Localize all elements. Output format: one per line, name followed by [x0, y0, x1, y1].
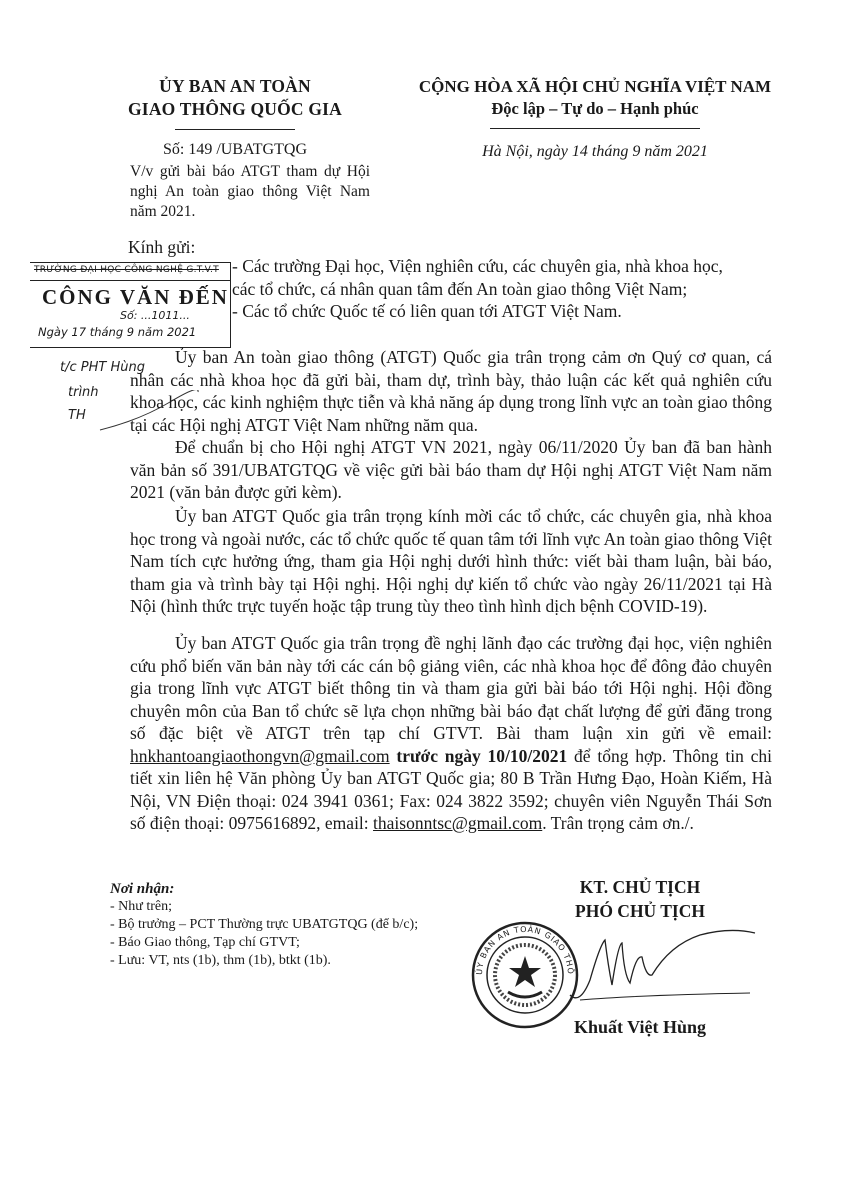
place-date: Hà Nội, ngày 14 tháng 9 năm 2021 [385, 143, 805, 161]
paragraph-1-text: Ủy ban An toàn giao thông (ATGT) Quốc gi… [130, 347, 772, 435]
header-divider [175, 129, 295, 130]
paragraph-2: Để chuẩn bị cho Hội nghị ATGT VN 2021, n… [130, 436, 772, 504]
distribution-item: - Bộ trưởng – PCT Thường trực UBATGTQG (… [110, 916, 418, 934]
closing-text: . Trân trọng cảm ơn./. [542, 813, 694, 833]
stamp-header: TRƯỜNG ĐẠI HỌC CÔNG NGHỆ G.T.V.T [34, 265, 219, 275]
distribution-item: - Báo Giao thông, Tạp chí GTVT; [110, 934, 418, 952]
paragraph-2-text: Để chuẩn bị cho Hội nghị ATGT VN 2021, n… [130, 437, 772, 502]
stamp-date: Ngày 17 tháng 9 năm 2021 [38, 325, 196, 339]
paragraph-4-text: Ủy ban ATGT Quốc gia trân trọng đề nghị … [130, 633, 772, 743]
signature-scribble-icon [560, 925, 760, 1015]
paragraph-3-text: Ủy ban ATGT Quốc gia trân trọng kính mời… [130, 506, 772, 616]
received-stamp: TRƯỜNG ĐẠI HỌC CÔNG NGHỆ G.T.V.T CÔNG VĂ… [30, 262, 231, 348]
document-number: Số: 149 /UBATGTQG [110, 140, 360, 160]
recipient-item: - Các tổ chức Quốc tế có liên quan tới A… [232, 300, 792, 323]
stamp-number: Số: ...1011... [120, 309, 190, 322]
document-subject: V/v gửi bài báo ATGT tham dự Hội nghị An… [130, 162, 370, 222]
paragraph-4: Ủy ban ATGT Quốc gia trân trọng đề nghị … [130, 632, 772, 835]
distribution-heading: Nơi nhận: [110, 880, 418, 898]
signature-block: KT. CHỦ TỊCH PHÓ CHỦ TỊCH Khuất Việt Hùn… [540, 875, 740, 923]
recipient-list: - Các trường Đại học, Viện nghiên cứu, c… [232, 255, 792, 323]
handwritten-note-line3: TH [68, 408, 86, 423]
salutation: Kính gửi: [128, 236, 195, 259]
motto-divider [490, 128, 700, 129]
signer-role-1: KT. CHỦ TỊCH [540, 875, 740, 899]
stamp-title: CÔNG VĂN ĐẾN [42, 285, 229, 310]
paragraph-1: Ủy ban An toàn giao thông (ATGT) Quốc gi… [130, 346, 772, 436]
distribution-list: Nơi nhận: - Như trên; - Bộ trưởng – PCT … [110, 880, 418, 970]
distribution-item: - Như trên; [110, 898, 418, 916]
contact-email-link[interactable]: thaisonntsc@gmail.com [373, 813, 542, 833]
conference-email-link[interactable]: hnkhantoangiaothongvn@gmail.com [130, 746, 390, 766]
distribution-item: - Lưu: VT, nts (1b), thm (1b), btkt (1b)… [110, 952, 418, 970]
issuing-org-line1: ỦY BAN AN TOÀN [110, 75, 360, 98]
issuing-authority-block: ỦY BAN AN TOÀN GIAO THÔNG QUỐC GIA Số: 1… [110, 75, 360, 222]
national-title: CỘNG HÒA XÃ HỘI CHỦ NGHĨA VIỆT NAM [385, 75, 805, 98]
national-motto: Độc lập – Tự do – Hạnh phúc [385, 98, 805, 120]
recipient-item: các tổ chức, cá nhân quan tâm đến An toà… [232, 278, 792, 301]
stamp-divider [30, 280, 230, 281]
recipient-item: - Các trường Đại học, Viện nghiên cứu, c… [232, 255, 792, 278]
national-header-block: CỘNG HÒA XÃ HỘI CHỦ NGHĨA VIỆT NAM Độc l… [385, 75, 805, 161]
paragraph-3: Ủy ban ATGT Quốc gia trân trọng kính mời… [130, 505, 772, 618]
issuing-org-line2: GIAO THÔNG QUỐC GIA [110, 98, 360, 121]
deadline-text: trước ngày 10/10/2021 [396, 746, 567, 766]
